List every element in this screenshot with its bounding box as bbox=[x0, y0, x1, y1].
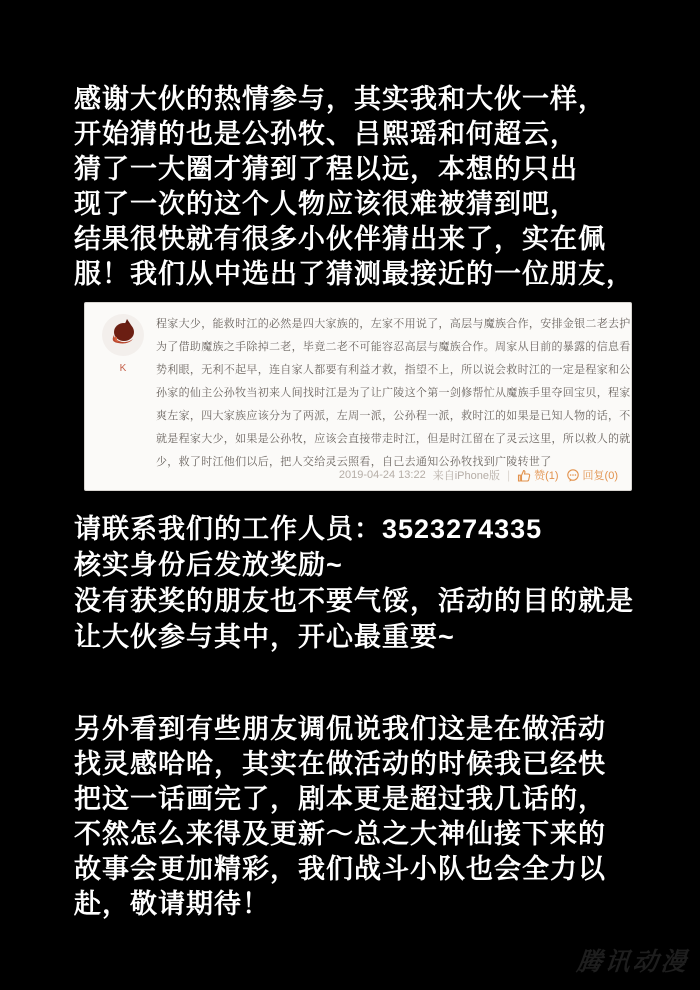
avatar[interactable] bbox=[102, 314, 144, 356]
reply-label: 回复(0) bbox=[583, 467, 618, 483]
contact-line: 核实身份后发放奖励~ bbox=[74, 547, 634, 583]
outro-line: 另外看到有些朋友调侃说我们这是在做活动 bbox=[74, 712, 606, 747]
fox-logo-icon bbox=[106, 316, 140, 355]
comment-username[interactable]: K bbox=[85, 363, 161, 374]
contact-paragraph: 请联系我们的工作人员：3523274335 核实身份后发放奖励~ 没有获奖的朋友… bbox=[74, 511, 634, 655]
comment-card: K 程家大少，能救时江的必然是四大家族的，左家不用说了，高层与魔族合作，安排金银… bbox=[84, 302, 632, 491]
comment-line: 就是程家大少，如果是公孙牧，应该会直接带走时江，但是时江留在了灵云这里，所以救人… bbox=[156, 428, 630, 451]
comment-line: 孙家的仙主公孙牧当初来人间找时江是为了让广陵这个第一剑修帮忙从魔族手里夺回宝贝，… bbox=[156, 382, 630, 405]
reply-button[interactable]: 回复(0) bbox=[566, 467, 618, 483]
footer-divider: | bbox=[507, 468, 510, 482]
outro-line: 找灵感哈哈，其实在做活动的时候我已经快 bbox=[74, 747, 606, 782]
thumbs-up-icon bbox=[517, 469, 531, 482]
intro-line: 服！我们从中选出了猜测最接近的一位朋友， bbox=[74, 257, 634, 292]
intro-line: 感谢大伙的热情参与，其实我和大伙一样， bbox=[74, 82, 634, 117]
intro-line: 开始猜的也是公孙牧、吕熙瑶和何超云， bbox=[74, 117, 634, 152]
outro-line: 赴，敬请期待！ bbox=[74, 887, 606, 922]
reply-bubble-icon bbox=[566, 469, 580, 482]
comment-footer: 2019-04-24 13:22 来自iPhone版 | 赞(1) bbox=[339, 467, 618, 483]
intro-line: 结果很快就有很多小伙伴猜出来了，实在佩 bbox=[74, 222, 634, 257]
intro-paragraph: 感谢大伙的热情参与，其实我和大伙一样， 开始猜的也是公孙牧、吕熙瑶和何超云， 猜… bbox=[74, 82, 634, 292]
comment-body: 程家大少，能救时江的必然是四大家族的，左家不用说了，高层与魔族合作，安排金银二老… bbox=[156, 313, 630, 474]
intro-line: 现了一次的这个人物应该很难被猜到吧， bbox=[74, 187, 634, 222]
comment-line: 为了借助魔族之手除掉二老，毕竟二老不可能容忍高层与魔族合作。周家从目前的暴露的信… bbox=[156, 336, 630, 359]
contact-line: 让大伙参与其中，开心最重要~ bbox=[74, 619, 634, 655]
comment-line: 程家大少，能救时江的必然是四大家族的，左家不用说了，高层与魔族合作，安排金银二老… bbox=[156, 313, 630, 336]
comment-line: 势利眼，无利不起早，连自家人都要有利益才救，指望不上，所以说会救时江的一定是程家… bbox=[156, 359, 630, 382]
comment-timestamp: 2019-04-24 13:22 bbox=[339, 469, 426, 481]
publisher-watermark: 腾讯动漫 bbox=[575, 942, 691, 978]
like-button[interactable]: 赞(1) bbox=[517, 467, 558, 483]
outro-paragraph: 另外看到有些朋友调侃说我们这是在做活动 找灵感哈哈，其实在做活动的时候我已经快 … bbox=[74, 712, 606, 922]
intro-line: 猜了一大圈才猜到了程以远，本想的只出 bbox=[74, 152, 634, 187]
comment-source: 来自iPhone版 bbox=[433, 467, 500, 483]
contact-line: 没有获奖的朋友也不要气馁，活动的目的就是 bbox=[74, 583, 634, 619]
like-label: 赞(1) bbox=[534, 467, 558, 483]
comment-line: 爽左家，四大家族应该分为了两派，左周一派，公孙程一派，救时江的如果是已知人物的话… bbox=[156, 405, 630, 428]
contact-line: 请联系我们的工作人员：3523274335 bbox=[74, 511, 634, 547]
outro-line: 故事会更加精彩，我们战斗小队也会全力以 bbox=[74, 852, 606, 887]
comic-announcement-page: 感谢大伙的热情参与，其实我和大伙一样， 开始猜的也是公孙牧、吕熙瑶和何超云， 猜… bbox=[0, 0, 700, 990]
outro-line: 把这一话画完了，剧本更是超过我几话的， bbox=[74, 782, 606, 817]
outro-line: 不然怎么来得及更新～总之大神仙接下来的 bbox=[74, 817, 606, 852]
